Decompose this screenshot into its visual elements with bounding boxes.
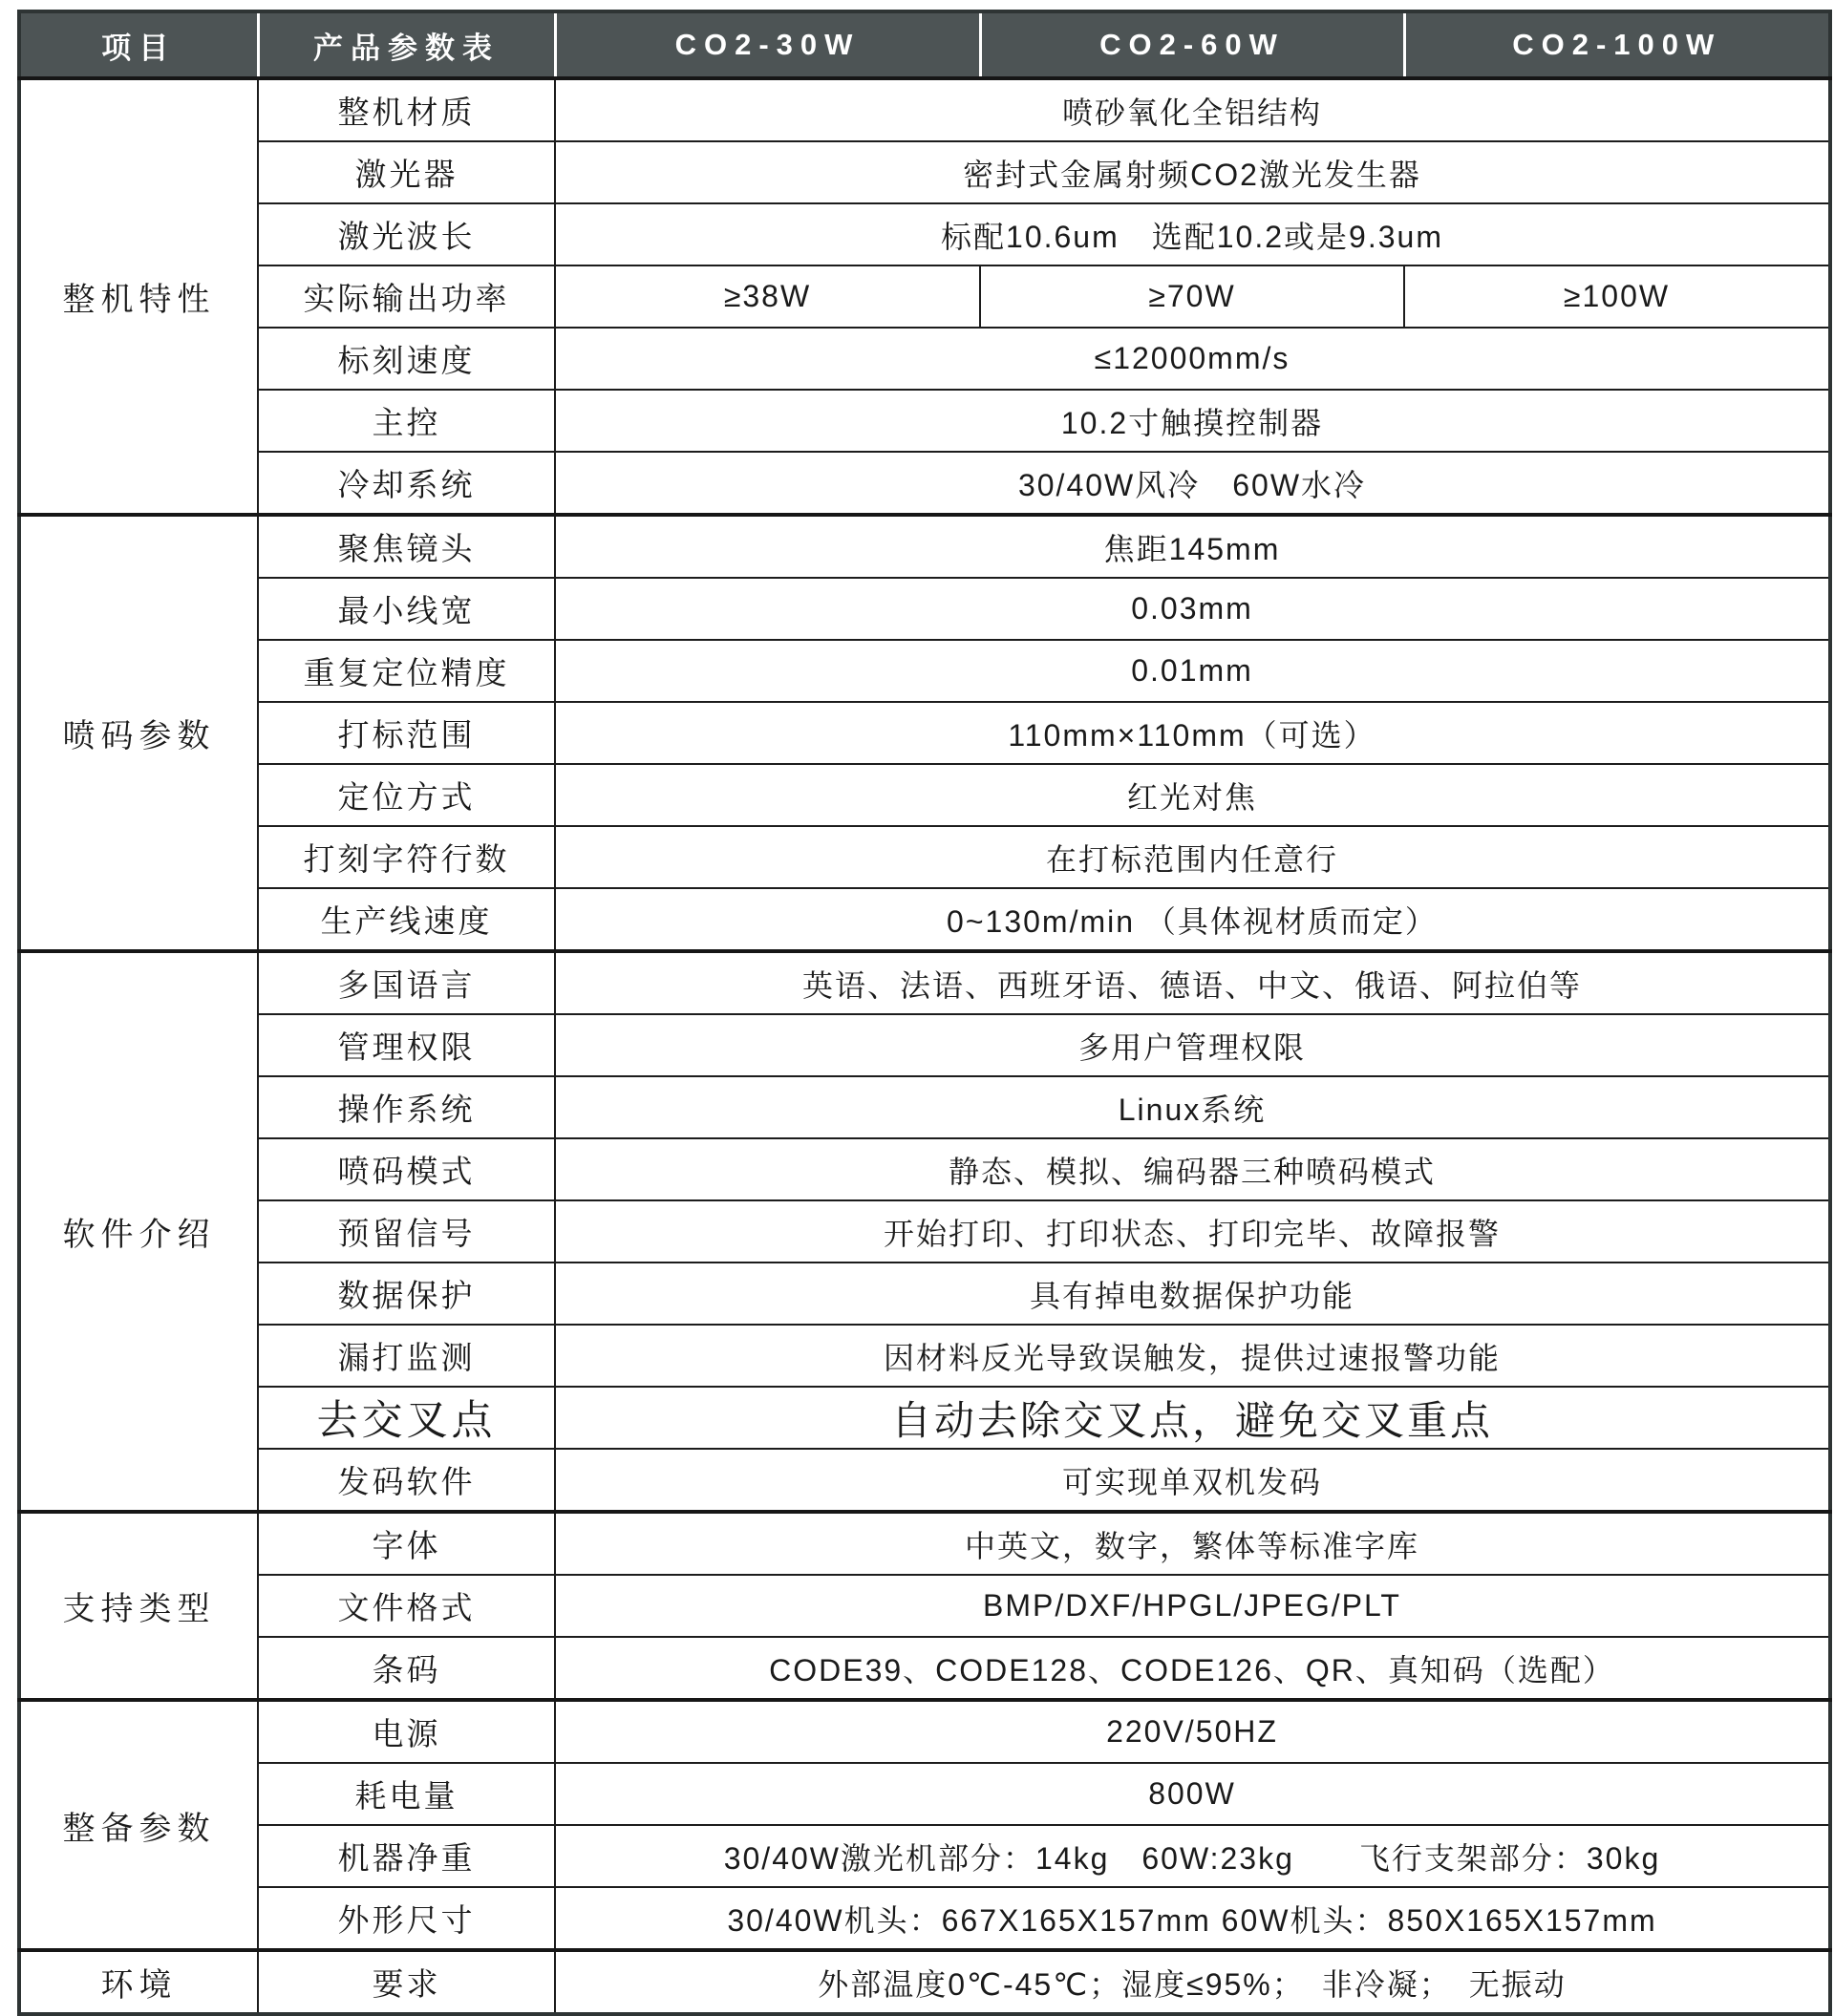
value-cell: 多用户管理权限 bbox=[555, 1014, 1830, 1076]
table-row: 文件格式BMP/DXF/HPGL/JPEG/PLT bbox=[19, 1575, 1830, 1637]
param-label: 整机材质 bbox=[258, 78, 555, 141]
param-label: 文件格式 bbox=[258, 1575, 555, 1637]
value-cell: 英语、法语、西班牙语、德语、中文、俄语、阿拉伯等 bbox=[555, 951, 1830, 1014]
section-label: 整机特性 bbox=[19, 78, 258, 515]
param-label: 冷却系统 bbox=[258, 452, 555, 515]
param-label: 去交叉点 bbox=[258, 1387, 555, 1449]
value-cell: 0.03mm bbox=[555, 578, 1830, 640]
param-label: 最小线宽 bbox=[258, 578, 555, 640]
value-cell: ≥100W bbox=[1404, 265, 1830, 328]
value-cell: 喷砂氧化全铝结构 bbox=[555, 78, 1830, 141]
table-row: 漏打监测因材料反光导致误触发，提供过速报警功能 bbox=[19, 1325, 1830, 1387]
table-row: 主控10.2寸触摸控制器 bbox=[19, 390, 1830, 452]
param-label: 发码软件 bbox=[258, 1449, 555, 1512]
table-row: 管理权限多用户管理权限 bbox=[19, 1014, 1830, 1076]
header-cell-co2-60w: CO2-60W bbox=[980, 11, 1404, 78]
value-cell: BMP/DXF/HPGL/JPEG/PLT bbox=[555, 1575, 1830, 1637]
value-cell: 中英文，数字，繁体等标准字库 bbox=[555, 1512, 1830, 1575]
table-row: 喷码模式静态、模拟、编码器三种喷码模式 bbox=[19, 1138, 1830, 1200]
table-row: 标刻速度≤12000mm/s bbox=[19, 328, 1830, 390]
table-row: 实际输出功率≥38W≥70W≥100W bbox=[19, 265, 1830, 328]
value-cell: 0~130m/min （具体视材质而定） bbox=[555, 888, 1830, 951]
table-row: 支持类型字体中英文，数字，繁体等标准字库 bbox=[19, 1512, 1830, 1575]
param-label: 定位方式 bbox=[258, 764, 555, 826]
section-label: 环境 bbox=[19, 1950, 258, 2014]
spec-table-body: 整机特性整机材质喷砂氧化全铝结构激光器密封式金属射频CO2激光发生器激光波长标配… bbox=[19, 78, 1830, 2014]
param-label: 字体 bbox=[258, 1512, 555, 1575]
value-cell: 密封式金属射频CO2激光发生器 bbox=[555, 141, 1830, 203]
param-label: 耗电量 bbox=[258, 1763, 555, 1825]
value-cell: 30/40W风冷 60W水冷 bbox=[555, 452, 1830, 515]
param-label: 预留信号 bbox=[258, 1200, 555, 1263]
param-label: 外形尺寸 bbox=[258, 1887, 555, 1950]
table-row: 整备参数电源220V/50HZ bbox=[19, 1700, 1830, 1763]
header-cell-co2-100w: CO2-100W bbox=[1404, 11, 1830, 78]
table-row: 发码软件可实现单双机发码 bbox=[19, 1449, 1830, 1512]
value-cell: 可实现单双机发码 bbox=[555, 1449, 1830, 1512]
value-cell: CODE39、CODE128、CODE126、QR、真知码（选配） bbox=[555, 1637, 1830, 1700]
product-spec-table: 项目 产品参数表 CO2-30W CO2-60W CO2-100W 整机特性整机… bbox=[17, 10, 1832, 2016]
value-cell: 标配10.6um 选配10.2或是9.3um bbox=[555, 203, 1830, 265]
table-row: 条码CODE39、CODE128、CODE126、QR、真知码（选配） bbox=[19, 1637, 1830, 1700]
param-label: 打刻字符行数 bbox=[258, 826, 555, 888]
value-cell: 800W bbox=[555, 1763, 1830, 1825]
param-label: 管理权限 bbox=[258, 1014, 555, 1076]
param-label: 生产线速度 bbox=[258, 888, 555, 951]
table-row: 喷码参数聚焦镜头焦距145mm bbox=[19, 515, 1830, 578]
table-header: 项目 产品参数表 CO2-30W CO2-60W CO2-100W bbox=[19, 11, 1830, 78]
value-cell: 220V/50HZ bbox=[555, 1700, 1830, 1763]
value-cell: 0.01mm bbox=[555, 640, 1830, 702]
section-label: 支持类型 bbox=[19, 1512, 258, 1700]
header-cell-co2-30w: CO2-30W bbox=[555, 11, 980, 78]
table-row: 冷却系统30/40W风冷 60W水冷 bbox=[19, 452, 1830, 515]
table-row: 激光器密封式金属射频CO2激光发生器 bbox=[19, 141, 1830, 203]
param-label: 标刻速度 bbox=[258, 328, 555, 390]
table-row: 预留信号开始打印、打印状态、打印完毕、故障报警 bbox=[19, 1200, 1830, 1263]
value-cell: 红光对焦 bbox=[555, 764, 1830, 826]
section-label: 软件介绍 bbox=[19, 951, 258, 1512]
value-cell: 焦距145mm bbox=[555, 515, 1830, 578]
value-cell: 因材料反光导致误触发，提供过速报警功能 bbox=[555, 1325, 1830, 1387]
param-label: 激光器 bbox=[258, 141, 555, 203]
value-cell: 具有掉电数据保护功能 bbox=[555, 1263, 1830, 1325]
param-label: 漏打监测 bbox=[258, 1325, 555, 1387]
param-label: 数据保护 bbox=[258, 1263, 555, 1325]
value-cell: 110mm×110mm（可选） bbox=[555, 702, 1830, 764]
table-row: 数据保护具有掉电数据保护功能 bbox=[19, 1263, 1830, 1325]
section-label: 喷码参数 bbox=[19, 515, 258, 951]
header-cell-item: 项目 bbox=[19, 11, 258, 78]
value-cell: 10.2寸触摸控制器 bbox=[555, 390, 1830, 452]
value-cell: ≤12000mm/s bbox=[555, 328, 1830, 390]
param-label: 聚焦镜头 bbox=[258, 515, 555, 578]
param-label: 要求 bbox=[258, 1950, 555, 2014]
table-row: 耗电量800W bbox=[19, 1763, 1830, 1825]
table-row: 定位方式红光对焦 bbox=[19, 764, 1830, 826]
value-cell: 自动去除交叉点，避免交叉重点 bbox=[555, 1387, 1830, 1449]
param-label: 喷码模式 bbox=[258, 1138, 555, 1200]
table-row: 环境要求外部温度0℃-45℃；湿度≤95%； 非冷凝； 无振动 bbox=[19, 1950, 1830, 2014]
table-row: 外形尺寸30/40W机头：667X165X157mm 60W机头：850X165… bbox=[19, 1887, 1830, 1950]
table-row: 整机特性整机材质喷砂氧化全铝结构 bbox=[19, 78, 1830, 141]
table-row: 去交叉点自动去除交叉点，避免交叉重点 bbox=[19, 1387, 1830, 1449]
value-cell: Linux系统 bbox=[555, 1076, 1830, 1138]
value-cell: 开始打印、打印状态、打印完毕、故障报警 bbox=[555, 1200, 1830, 1263]
header-row: 项目 产品参数表 CO2-30W CO2-60W CO2-100W bbox=[19, 11, 1830, 78]
section-label: 整备参数 bbox=[19, 1700, 258, 1950]
param-label: 条码 bbox=[258, 1637, 555, 1700]
param-label: 实际输出功率 bbox=[258, 265, 555, 328]
value-cell: 在打标范围内任意行 bbox=[555, 826, 1830, 888]
param-label: 操作系统 bbox=[258, 1076, 555, 1138]
table-row: 重复定位精度0.01mm bbox=[19, 640, 1830, 702]
param-label: 激光波长 bbox=[258, 203, 555, 265]
param-label: 电源 bbox=[258, 1700, 555, 1763]
value-cell: ≥70W bbox=[980, 265, 1404, 328]
table-row: 生产线速度0~130m/min （具体视材质而定） bbox=[19, 888, 1830, 951]
table-row: 软件介绍多国语言英语、法语、西班牙语、德语、中文、俄语、阿拉伯等 bbox=[19, 951, 1830, 1014]
value-cell: 30/40W激光机部分：14kg 60W:23kg 飞行支架部分：30kg bbox=[555, 1825, 1830, 1887]
param-label: 机器净重 bbox=[258, 1825, 555, 1887]
value-cell: 静态、模拟、编码器三种喷码模式 bbox=[555, 1138, 1830, 1200]
param-label: 多国语言 bbox=[258, 951, 555, 1014]
table-row: 最小线宽0.03mm bbox=[19, 578, 1830, 640]
table-row: 激光波长标配10.6um 选配10.2或是9.3um bbox=[19, 203, 1830, 265]
value-cell: 外部温度0℃-45℃；湿度≤95%； 非冷凝； 无振动 bbox=[555, 1950, 1830, 2014]
spec-sheet-page: 项目 产品参数表 CO2-30W CO2-60W CO2-100W 整机特性整机… bbox=[0, 0, 1834, 2014]
header-cell-param-table: 产品参数表 bbox=[258, 11, 555, 78]
param-label: 主控 bbox=[258, 390, 555, 452]
value-cell: ≥38W bbox=[555, 265, 980, 328]
param-label: 重复定位精度 bbox=[258, 640, 555, 702]
table-row: 操作系统Linux系统 bbox=[19, 1076, 1830, 1138]
table-row: 机器净重30/40W激光机部分：14kg 60W:23kg 飞行支架部分：30k… bbox=[19, 1825, 1830, 1887]
param-label: 打标范围 bbox=[258, 702, 555, 764]
table-row: 打标范围110mm×110mm（可选） bbox=[19, 702, 1830, 764]
value-cell: 30/40W机头：667X165X157mm 60W机头：850X165X157… bbox=[555, 1887, 1830, 1950]
table-row: 打刻字符行数在打标范围内任意行 bbox=[19, 826, 1830, 888]
